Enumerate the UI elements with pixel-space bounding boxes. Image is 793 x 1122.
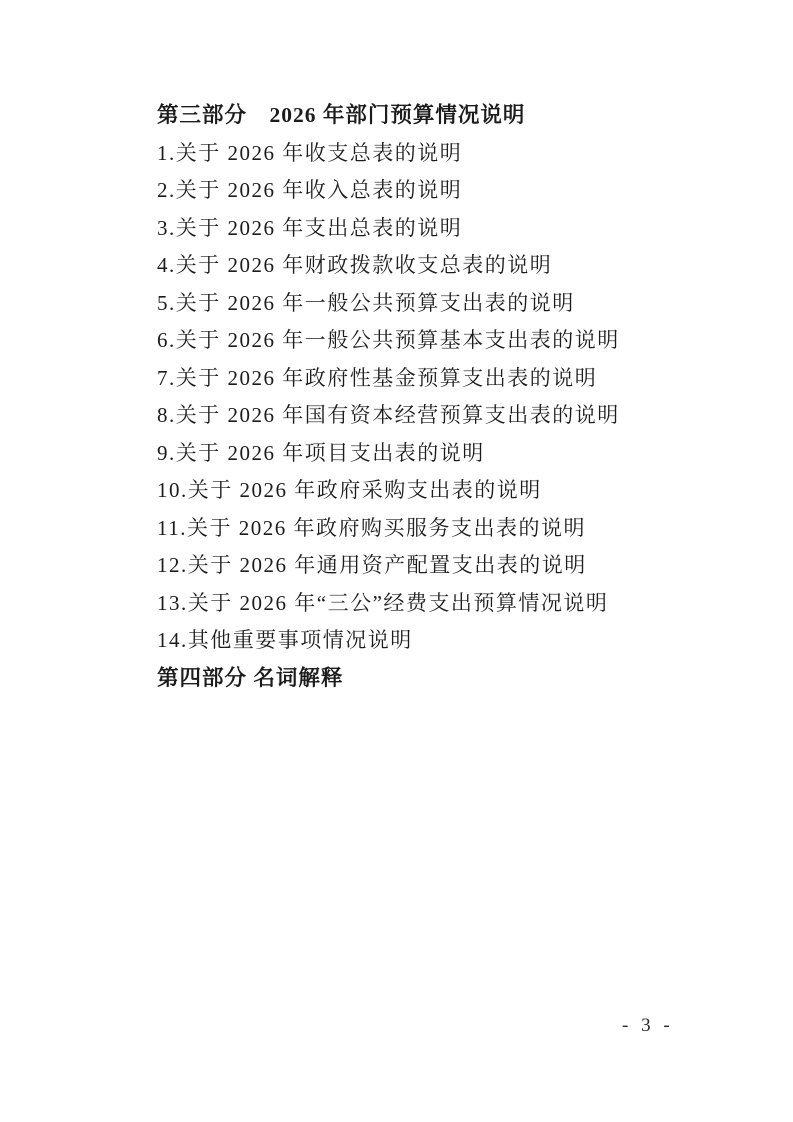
toc-item-2: 2.关于 2026 年收入总表的说明 xyxy=(157,172,677,210)
toc-item-14: 14.其他重要事项情况说明 xyxy=(157,622,677,660)
page-number: - 3 - xyxy=(622,1015,674,1037)
toc-item-7: 7.关于 2026 年政府性基金预算支出表的说明 xyxy=(157,360,677,398)
section4-heading: 第四部分 名词解释 xyxy=(157,660,677,698)
toc-item-8: 8.关于 2026 年国有资本经营预算支出表的说明 xyxy=(157,397,677,435)
toc-item-11: 11.关于 2026 年政府购买服务支出表的说明 xyxy=(157,510,677,548)
toc-item-13: 13.关于 2026 年“三公”经费支出预算情况说明 xyxy=(157,585,677,623)
toc-item-9: 9.关于 2026 年项目支出表的说明 xyxy=(157,435,677,473)
toc-item-12: 12.关于 2026 年通用资产配置支出表的说明 xyxy=(157,547,677,585)
toc-item-1: 1.关于 2026 年收支总表的说明 xyxy=(157,135,677,173)
toc-item-6: 6.关于 2026 年一般公共预算基本支出表的说明 xyxy=(157,322,677,360)
toc-item-4: 4.关于 2026 年财政拨款收支总表的说明 xyxy=(157,247,677,285)
section3-heading: 第三部分 2026 年部门预算情况说明 xyxy=(157,97,677,135)
toc-item-3: 3.关于 2026 年支出总表的说明 xyxy=(157,210,677,248)
table-of-contents: 第三部分 2026 年部门预算情况说明 1.关于 2026 年收支总表的说明 2… xyxy=(157,97,677,697)
toc-item-10: 10.关于 2026 年政府采购支出表的说明 xyxy=(157,472,677,510)
toc-item-5: 5.关于 2026 年一般公共预算支出表的说明 xyxy=(157,285,677,323)
document-page: 第三部分 2026 年部门预算情况说明 1.关于 2026 年收支总表的说明 2… xyxy=(0,0,793,1122)
